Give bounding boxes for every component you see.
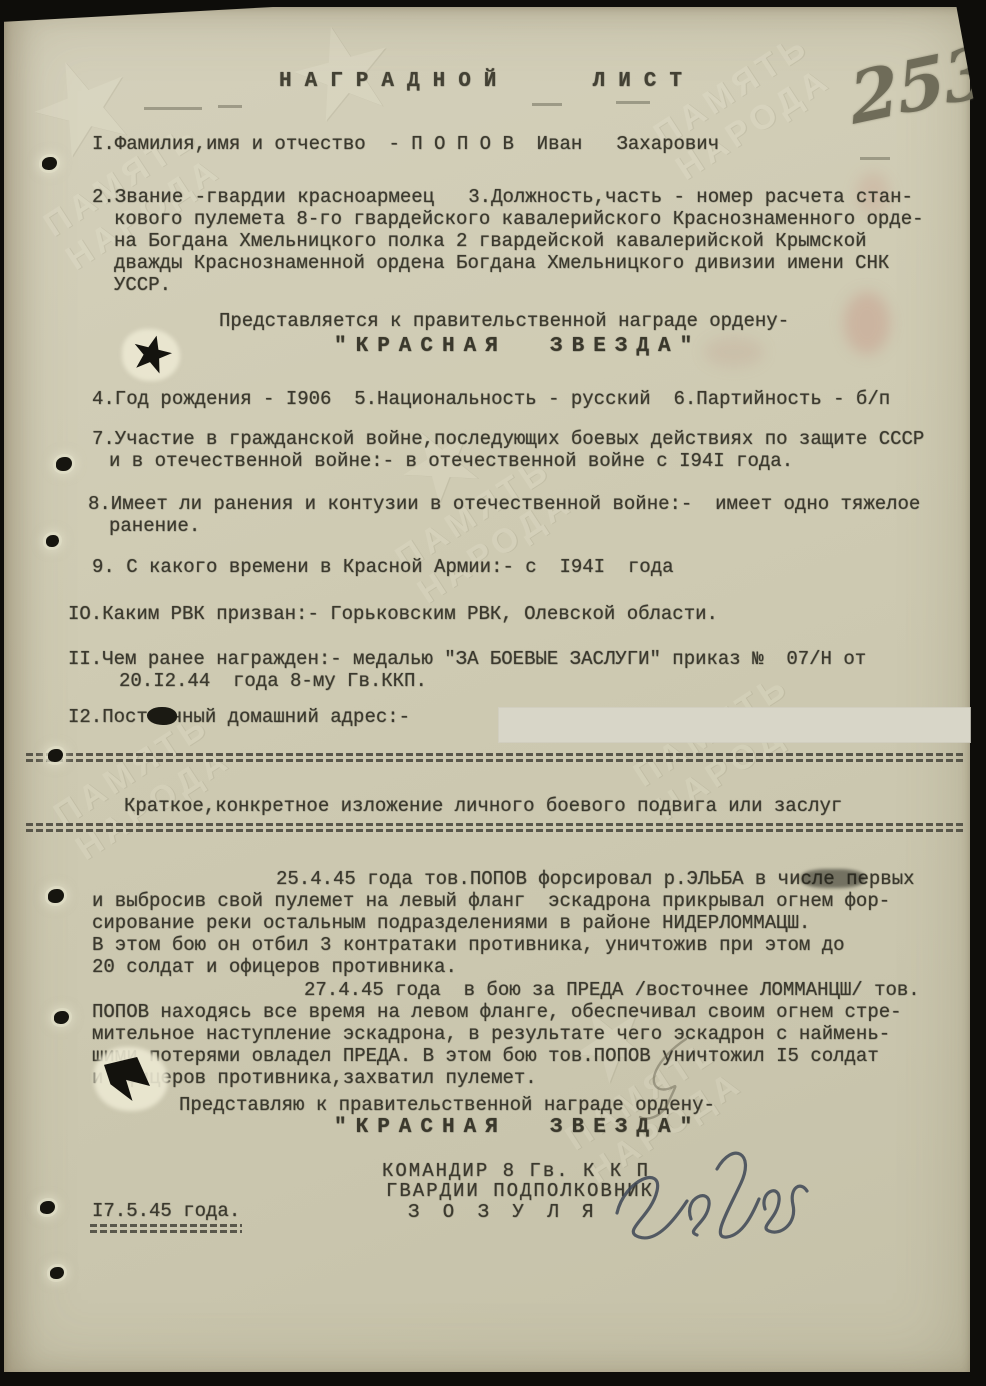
- divider-equals: [26, 753, 966, 762]
- field-war-participation-line: и в отечественной войне:- в отечественно…: [109, 450, 793, 472]
- punch-hole: [56, 457, 72, 471]
- field-birth-nationality-party: 4.Год рождения - I906 5.Национальность -…: [92, 388, 890, 410]
- punch-hole: [40, 1201, 55, 1214]
- citation-heading: Краткое,конкретное изложение личного бое…: [124, 795, 842, 817]
- punch-hole: [50, 1267, 64, 1279]
- scanned-award-sheet: { "page_number": "253", "title": "НАГРАД…: [0, 0, 986, 1386]
- punch-hole: [42, 157, 57, 170]
- citation-line: сирование реки остальным подразделениями…: [92, 912, 810, 934]
- pencil-dash: [532, 103, 562, 106]
- punch-hole: [46, 535, 59, 547]
- pencil-dash: [616, 101, 650, 104]
- citation-line: 27.4.45 года в бою за ПРЕДА /восточнее Л…: [304, 979, 920, 1001]
- pencil-dash: [218, 105, 242, 108]
- punch-hole: [54, 1011, 69, 1024]
- field-war-participation-line: 7.Участие в гражданской войне,последующи…: [92, 428, 924, 450]
- field-service-since: 9. С какого времени в Красной Армии:- с …: [92, 556, 674, 578]
- field-home-address: I2.Постоянный домашний адрес:-: [68, 706, 410, 728]
- ink-blot: [147, 707, 177, 725]
- citation-line: мительное наступление эскадрона, в резул…: [92, 1023, 890, 1045]
- date-line: I7.5.45 года.: [92, 1200, 240, 1222]
- document-title: НАГРАДНОЙ ЛИСТ: [4, 71, 970, 93]
- citation-line: 20 солдат и офицеров противника.: [92, 956, 457, 978]
- field-rank-unit-line: 2.Звание -гвардии красноармеец 3.Должнос…: [92, 186, 913, 208]
- field-previous-awards-line: II.Чем ранее награжден:- медалью "ЗА БОЕ…: [68, 648, 866, 670]
- pencil-dash: [144, 107, 202, 110]
- citation-line: В этом бою он отбил 3 контратаки противн…: [92, 934, 845, 956]
- field-rank-unit-line: дважды Краснознаменной ордена Богдана Хм…: [114, 252, 889, 274]
- citation-line: шими потерями овладел ПРЕДА. В этом бою …: [92, 1045, 879, 1067]
- handwritten-signature: [599, 1135, 814, 1270]
- date-underline: [90, 1224, 242, 1233]
- field-wounds-line: 8.Имеет ли ранения и контузии в отечеств…: [88, 493, 920, 515]
- field-drafted-by: IO.Каким РВК призван:- Горьковским РВК, …: [68, 603, 718, 625]
- field-rank-unit-line: УССР.: [114, 274, 171, 296]
- field-name: I.Фамилия,имя и отчество - П О П О В Ива…: [92, 133, 719, 155]
- divider-equals: [26, 823, 966, 832]
- archive-watermark: ПАМЯТЬ НАРОДА: [46, 705, 238, 868]
- field-wounds-line: ранение.: [109, 515, 200, 537]
- award-name: "КРАСНАЯ ЗВЕЗДА": [334, 336, 701, 358]
- field-rank-unit-line: на Богдана Хмельницкого полка 2 гвардейс…: [114, 230, 867, 252]
- ink-stain: [704, 337, 764, 367]
- citation-line: ПОПОВ находясь все время на левом фланге…: [92, 1001, 902, 1023]
- document-page: ★ ★ ПАМЯТЬ НАРОДА ПАМЯТЬ НАРОДА ★ ПАМЯТЬ…: [4, 7, 970, 1377]
- punch-hole: [48, 889, 64, 903]
- archive-watermark: ПАМЯТЬ НАРОДА: [646, 25, 838, 188]
- commander-name: З О З У Л Я: [408, 1201, 599, 1223]
- citation-line: и выбросив свой пулемет на левый фланг э…: [92, 890, 890, 912]
- ink-stain: [844, 292, 890, 354]
- pencil-scribble: [616, 1029, 716, 1129]
- field-previous-awards-line: 20.I2.44 года 8-му Гв.ККП.: [119, 670, 427, 692]
- redaction-box: [499, 708, 970, 742]
- presentation-intro: Представляется к правительственной награ…: [219, 310, 789, 332]
- scan-edge: [0, 1372, 986, 1386]
- pencil-dash: [860, 157, 890, 160]
- field-rank-unit-line: кового пулемета 8-го гвардейского кавале…: [114, 208, 924, 230]
- ink-smudge: [801, 869, 865, 888]
